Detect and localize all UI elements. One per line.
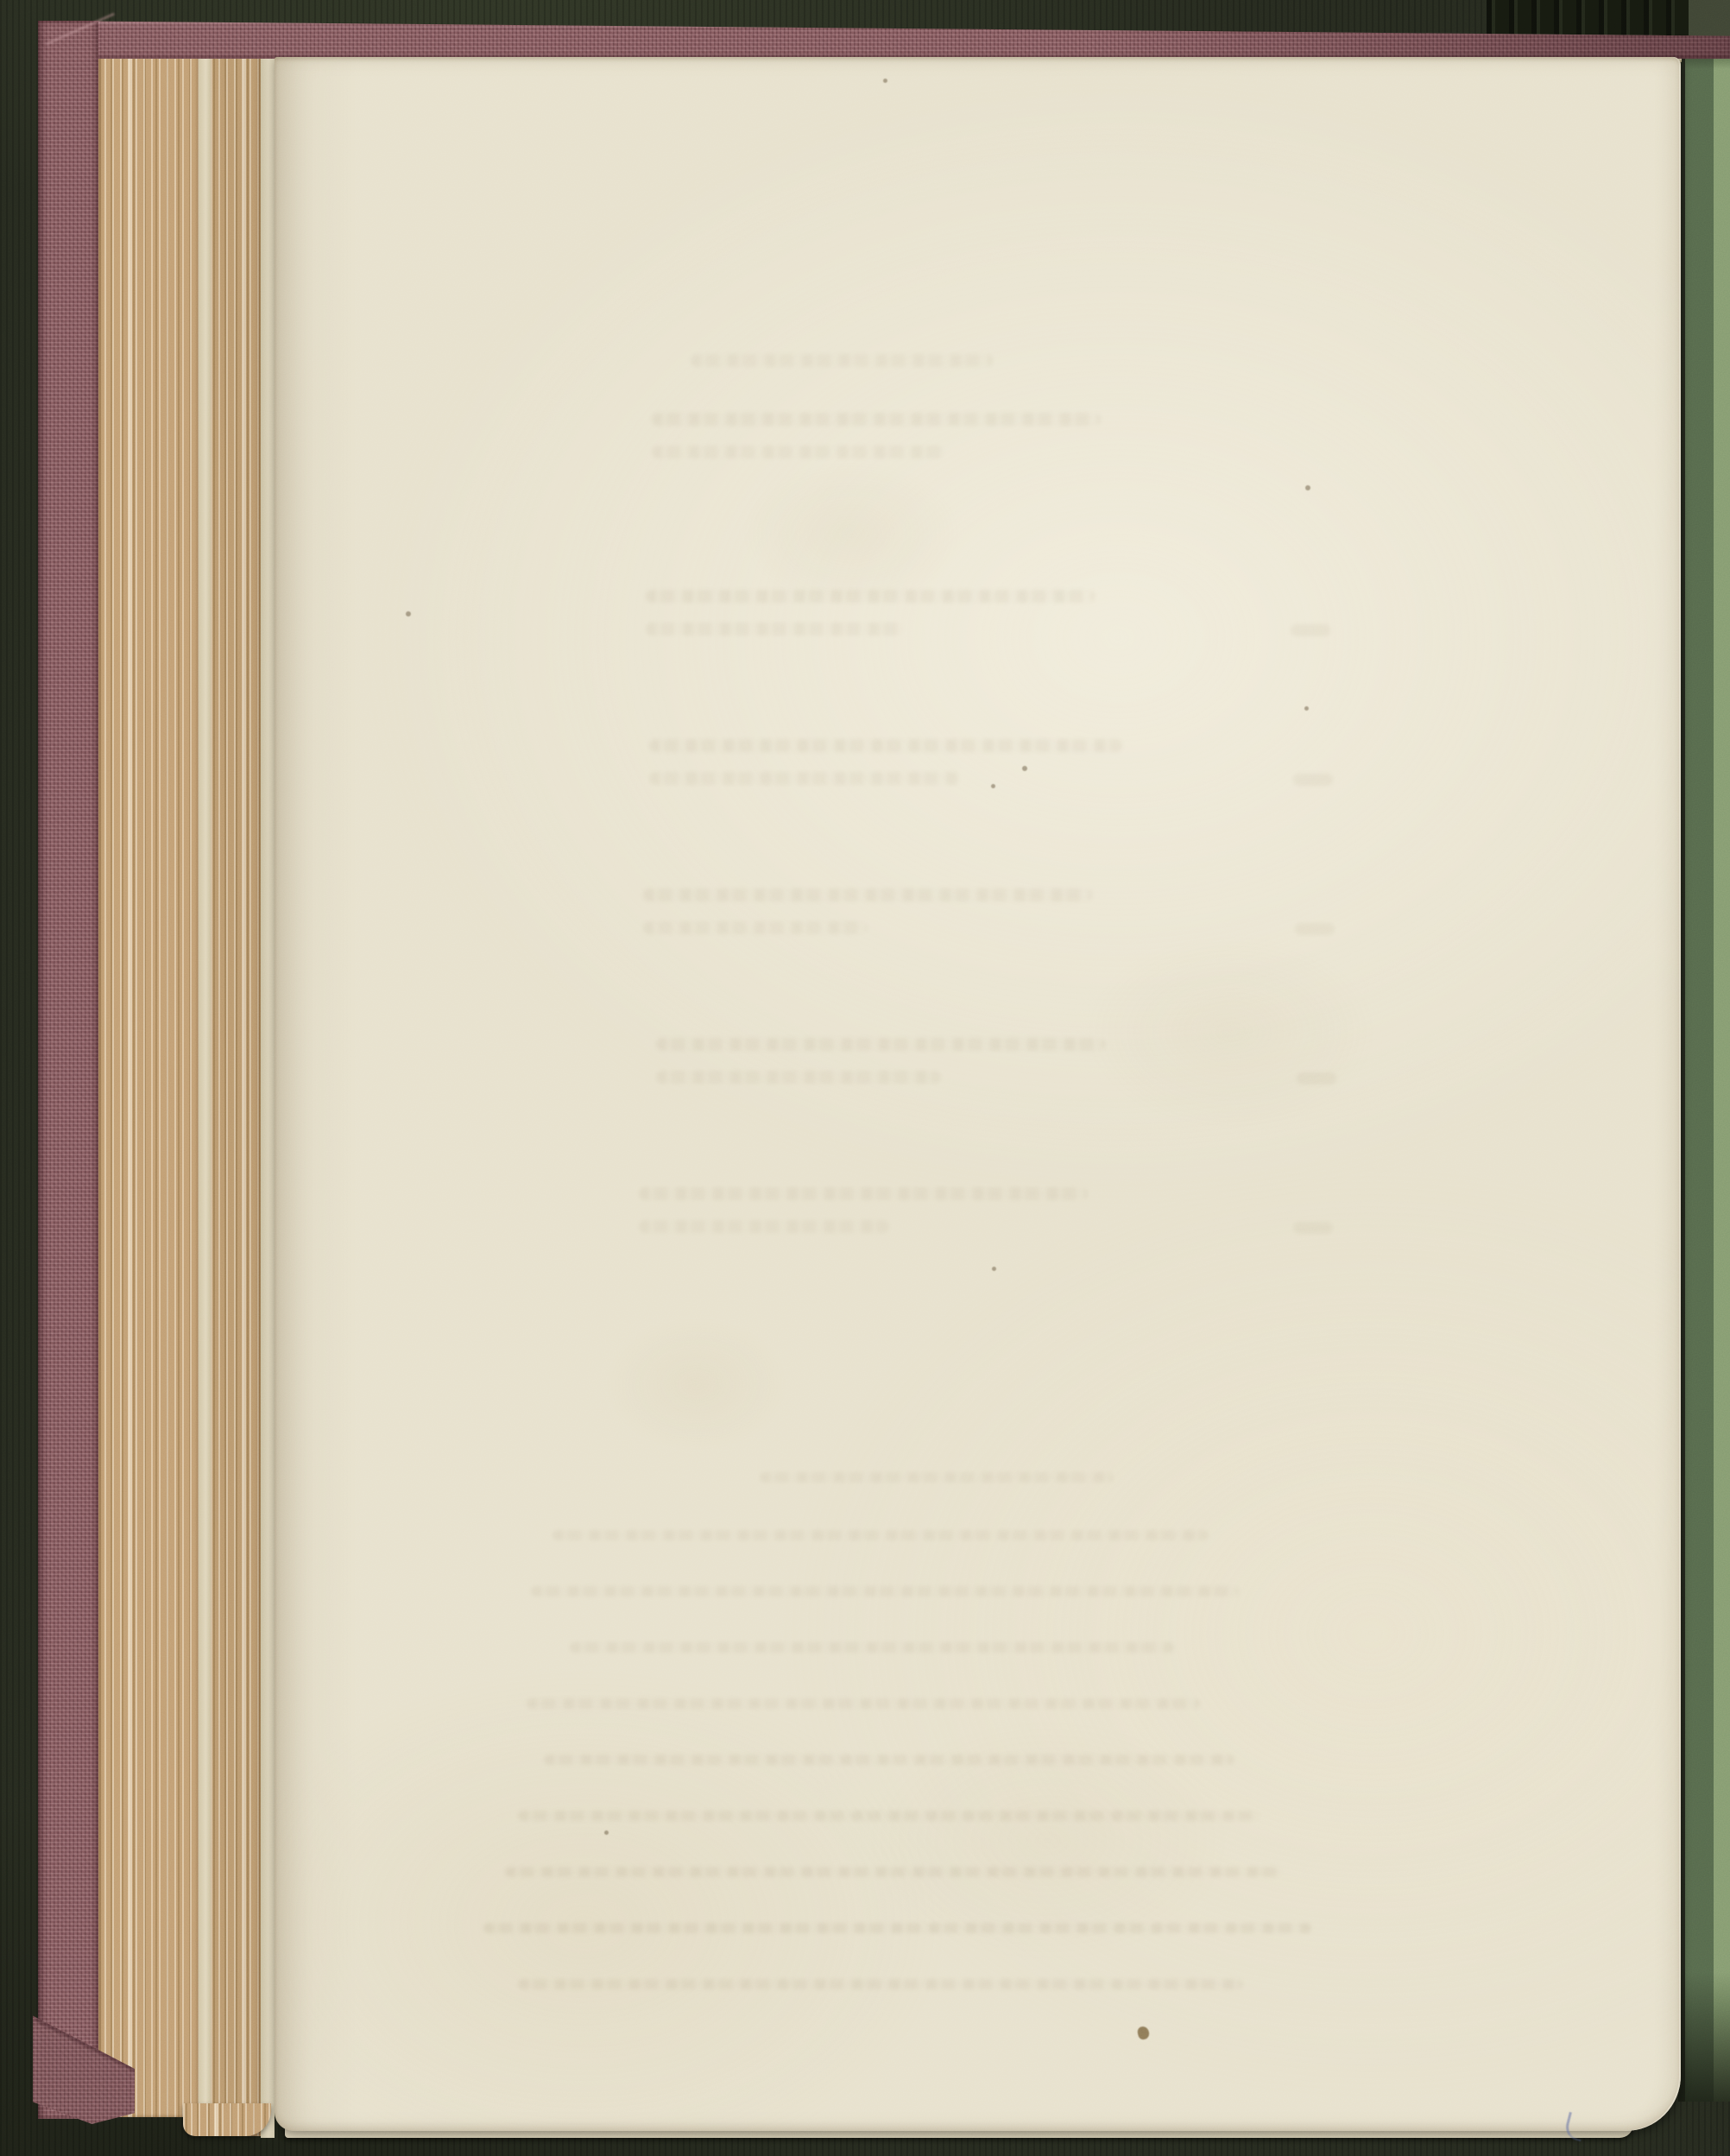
book-cover-top-edge [38, 21, 1730, 59]
fore-edge-stack-outer [97, 36, 199, 2117]
fore-edge-underpage [261, 48, 275, 2138]
fore-edge-foot [183, 2103, 271, 2136]
book-cover-left-edge [38, 21, 98, 2119]
fore-edge-gap [199, 40, 211, 2126]
green-backdrop-strip [1678, 47, 1730, 2102]
book-scan-photo: Scanned open hardcover book showing a bl… [0, 0, 1730, 2156]
blank-page [275, 57, 1681, 2131]
fore-edge-stack-inner [211, 43, 261, 2136]
